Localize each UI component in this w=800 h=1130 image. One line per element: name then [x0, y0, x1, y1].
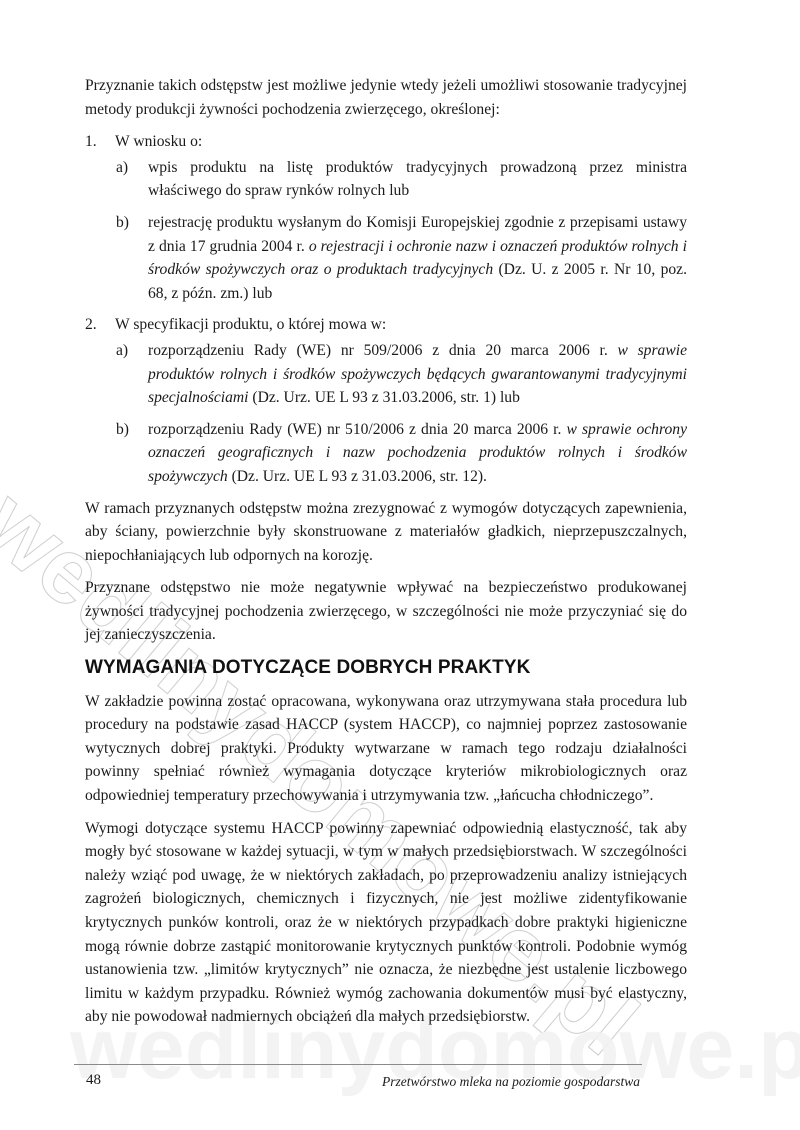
section-heading: WYMAGANIA DOTYCZĄCE DOBRYCH PRAKTYK — [85, 656, 687, 680]
list-label: W specyfikacji produktu, o której mowa w… — [115, 313, 386, 337]
numbered-list: 1. W wniosku o: a) wpis produktu na list… — [85, 130, 687, 488]
list-number: 2. — [85, 313, 115, 337]
sub-item-2a: a) rozporządzeniu Rady (WE) nr 509/2006 … — [85, 339, 687, 410]
sub-text: wpis produktu na listę produktów tradycy… — [148, 156, 687, 203]
paragraph-safety: Przyznane odstępstwo nie może negatywnie… — [85, 576, 687, 647]
sub-letter: a) — [116, 156, 148, 203]
footer-divider — [74, 1064, 642, 1065]
sub-text-citation: (Dz. Urz. UE L 93 z 31.03.2006, str. 12)… — [228, 468, 487, 485]
paragraph-haccp-procedure: W zakładzie powinna zostać opracowana, w… — [85, 690, 687, 808]
sub-letter: b) — [116, 211, 148, 305]
list-item-1: 1. W wniosku o: — [85, 130, 687, 154]
paragraph-exemptions: W ramach przyznanych odstępstw można zre… — [85, 497, 687, 568]
sub-item-2b: b) rozporządzeniu Rady (WE) nr 510/2006 … — [85, 418, 687, 489]
document-page: wedlinydomowe.pl wedlinydomowe.pl Przyzn… — [0, 0, 800, 1130]
list-item-2: 2. W specyfikacji produktu, o której mow… — [85, 313, 687, 337]
list-label: W wniosku o: — [115, 130, 202, 154]
page-number: 48 — [86, 1072, 101, 1089]
page-body: Przyznanie takich odstępstw jest możliwe… — [85, 74, 687, 1038]
sub-item-1a: a) wpis produktu na listę produktów trad… — [85, 156, 687, 203]
sub-text-plain: rozporządzeniu Rady (WE) nr 509/2006 z d… — [148, 342, 617, 359]
sub-text: rozporządzeniu Rady (WE) nr 509/2006 z d… — [148, 339, 687, 410]
sub-text-citation: (Dz. Urz. UE L 93 z 31.03.2006, str. 1) … — [248, 389, 519, 406]
sub-text: rozporządzeniu Rady (WE) nr 510/2006 z d… — [148, 418, 687, 489]
paragraph-haccp-flexibility: Wymogi dotyczące systemu HACCP powinny z… — [85, 817, 687, 1029]
running-title: Przetwórstwo mleka na poziomie gospodars… — [382, 1074, 640, 1090]
intro-paragraph: Przyznanie takich odstępstw jest możliwe… — [85, 74, 687, 121]
sub-text: rejestrację produktu wysłanym do Komisji… — [148, 211, 687, 305]
sub-text-plain: rozporządzeniu Rady (WE) nr 510/2006 z d… — [148, 421, 566, 438]
sub-letter: a) — [116, 339, 148, 410]
sub-letter: b) — [116, 418, 148, 489]
sub-item-1b: b) rejestrację produktu wysłanym do Komi… — [85, 211, 687, 305]
list-number: 1. — [85, 130, 115, 154]
